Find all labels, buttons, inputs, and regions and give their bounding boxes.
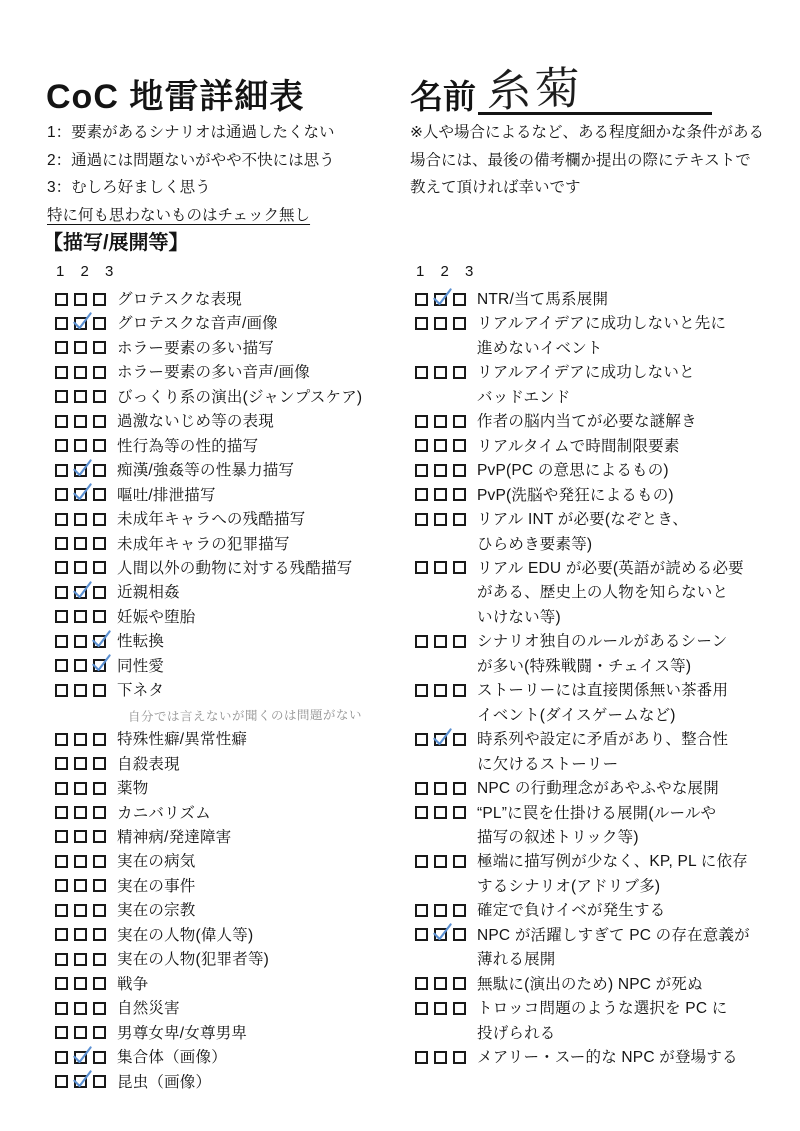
checkbox-2[interactable] (434, 513, 447, 526)
item-label: 人間以外の動物に対する残酷描写 (117, 557, 353, 581)
checkbox-3[interactable] (453, 782, 466, 795)
checkbox-2[interactable] (74, 439, 87, 452)
check-icon (72, 1069, 93, 1089)
checkbox-3[interactable] (93, 464, 106, 477)
item-label: リアル INT が必要(なぞとき、ひらめき要素等) (477, 508, 688, 557)
checklist-row: 特殊性癖/異常性癖 (55, 728, 405, 752)
checkbox-1[interactable] (55, 977, 68, 990)
checkbox-3[interactable] (453, 415, 466, 428)
checklist-row: 時系列や設定に矛盾があり、整合性に欠けるストーリー (415, 728, 790, 777)
checkbox-1[interactable] (55, 830, 68, 843)
checklist-row: 性転換 (55, 630, 405, 654)
checkbox-group (55, 1022, 106, 1040)
item-label: グロテスクな表現 (117, 288, 242, 312)
handwritten-note: 自分では言えないが聞くのは問題がない (128, 703, 362, 729)
checkbox-2[interactable] (74, 415, 87, 428)
item-label: 痴漢/強姦等の性暴力描写 (117, 459, 294, 483)
checklist-row: トロッコ問題のような選択を PC に投げられる (415, 997, 790, 1046)
checkbox-1[interactable] (55, 464, 68, 477)
checkbox-2[interactable] (74, 586, 87, 599)
checklist-row: 実在の人物(犯罪者等) (55, 948, 405, 972)
checkbox-2[interactable] (74, 341, 87, 354)
checkbox-group (55, 459, 106, 477)
checklist-row: リアル EDU が必要(英語が読める必要がある、歴史上の人物を知らないといけない… (415, 557, 790, 630)
checklist-row: 自殺表現 (55, 753, 405, 777)
checkbox-group (55, 850, 106, 868)
checkbox-3[interactable] (453, 733, 466, 746)
checkbox-3[interactable] (453, 488, 466, 501)
checkbox-2[interactable] (434, 317, 447, 330)
item-label: 未成年キャラの犯罪描写 (117, 533, 290, 557)
item-label: 実在の人物(偉人等) (117, 924, 253, 948)
item-label: 薬物 (117, 777, 148, 801)
checkbox-2[interactable] (74, 684, 87, 697)
checkbox-1[interactable] (55, 317, 68, 330)
check-icon (72, 458, 93, 478)
checkbox-1[interactable] (415, 855, 428, 868)
item-label: “PL”に罠を仕掛ける展開(ルールや描写の叙述トリック等) (477, 802, 716, 851)
checklist-row: 集合体（画像） (55, 1046, 405, 1070)
item-label: 嘔吐/排泄描写 (117, 484, 216, 508)
item-label: シナリオ独自のルールがあるシーンが多い(特殊戦闘・チェイス等) (477, 630, 727, 679)
checkbox-2[interactable] (74, 879, 87, 892)
checkbox-1[interactable] (415, 366, 428, 379)
checkbox-3[interactable] (93, 806, 106, 819)
checkbox-3[interactable] (93, 488, 106, 501)
checkbox-2[interactable] (74, 293, 87, 306)
checkbox-1[interactable] (415, 415, 428, 428)
checkbox-1[interactable] (55, 366, 68, 379)
checkbox-2[interactable] (74, 635, 87, 648)
checkbox-3[interactable] (93, 415, 106, 428)
checkbox-1[interactable] (415, 684, 428, 697)
checkbox-1[interactable] (55, 1075, 68, 1088)
checklist-row: NPC の行動理念があやふやな展開 (415, 777, 790, 801)
checkbox-2[interactable] (74, 610, 87, 623)
checkbox-2[interactable] (74, 904, 87, 917)
checkbox-1[interactable] (55, 659, 68, 672)
item-label: 時系列や設定に矛盾があり、整合性に欠けるストーリー (477, 728, 728, 777)
checkbox-2[interactable] (434, 635, 447, 648)
checklist-row: 人間以外の動物に対する残酷描写 (55, 557, 405, 581)
checklist-row: 実在の宗教 (55, 899, 405, 923)
legend-line-2: 2：通過には問題ないがやや不快には思う (47, 147, 335, 175)
checkbox-1[interactable] (415, 977, 428, 990)
checklist-row: グロテスクな表現 (55, 288, 405, 312)
checklist-row: 男尊女卑/女尊男卑 (55, 1022, 405, 1046)
item-label: PvP(PC の意思によるもの) (477, 459, 669, 483)
scale-header-left: 1 2 3 (56, 263, 405, 286)
checkbox-group (415, 679, 466, 697)
checkbox-group (415, 899, 466, 917)
checkbox-group (415, 777, 466, 795)
checkbox-2[interactable] (434, 1051, 447, 1064)
checklist-row: 実在の病気 (55, 850, 405, 874)
checkbox-1[interactable] (55, 757, 68, 770)
checkbox-1[interactable] (55, 928, 68, 941)
checkbox-3[interactable] (93, 977, 106, 990)
checkbox-3[interactable] (453, 977, 466, 990)
checkbox-3[interactable] (93, 341, 106, 354)
checklist-row: 嘔吐/排泄描写 (55, 484, 405, 508)
checkbox-1[interactable] (415, 733, 428, 746)
checkbox-3[interactable] (453, 806, 466, 819)
checkbox-2[interactable] (74, 928, 87, 941)
rating-legend: 1：要素があるシナリオは通過したくない 2：通過には問題ないがやや不快には思う … (47, 119, 335, 229)
checkbox-1[interactable] (415, 293, 428, 306)
checkbox-2[interactable] (74, 1075, 87, 1088)
item-label: 性転換 (117, 630, 164, 654)
checkbox-2[interactable] (434, 366, 447, 379)
checkbox-2[interactable] (74, 977, 87, 990)
checklist-row: 性行為等の性的描写 (55, 435, 405, 459)
checkbox-1[interactable] (55, 1002, 68, 1015)
checklist-rows-right: NTR/当て馬系展開リアルアイデアに成功しないと先に進めないイベントリアルアイデ… (415, 288, 790, 1071)
checkbox-group (55, 581, 106, 599)
checkbox-group (415, 410, 466, 428)
checkbox-group (415, 850, 466, 868)
checkbox-3[interactable] (93, 537, 106, 550)
checkbox-group (415, 630, 466, 648)
item-label: 近親相姦 (117, 581, 180, 605)
checkbox-group (415, 728, 466, 746)
checkbox-1[interactable] (415, 635, 428, 648)
checkbox-1[interactable] (55, 1026, 68, 1039)
section-title: 【描写/展開等】 (43, 226, 189, 255)
item-label: 実在の宗教 (117, 899, 196, 923)
checkbox-2[interactable] (434, 782, 447, 795)
item-label: 特殊性癖/異常性癖 (117, 728, 247, 752)
checkbox-2[interactable] (74, 1026, 87, 1039)
check-icon (72, 1045, 93, 1065)
checkbox-1[interactable] (55, 293, 68, 306)
checkbox-group (55, 435, 106, 453)
legend-footer: 特に何も思わないものはチェック無し (47, 202, 335, 230)
checkbox-3[interactable] (453, 1002, 466, 1015)
checkbox-1[interactable] (55, 561, 68, 574)
checkbox-2[interactable] (74, 782, 87, 795)
checklist-row: 精神病/発達障害 (55, 826, 405, 850)
checkbox-3[interactable] (93, 904, 106, 917)
checkbox-3[interactable] (453, 684, 466, 697)
check-icon (432, 287, 453, 307)
item-label: グロテスクな音声/画像 (117, 312, 278, 336)
checkbox-2[interactable] (434, 439, 447, 452)
checkbox-group (415, 312, 466, 330)
item-label: 集合体（画像） (117, 1046, 227, 1070)
checkbox-2[interactable] (434, 806, 447, 819)
item-label: 精神病/発達障害 (117, 826, 231, 850)
checklist-row: PvP(洗脳や発狂によるもの) (415, 484, 790, 508)
item-label: リアルタイムで時間制限要素 (477, 435, 680, 459)
checkbox-2[interactable] (74, 488, 87, 501)
checkbox-group (55, 973, 106, 991)
checklist-row: びっくり系の演出(ジャンプスケア) (55, 386, 405, 410)
checkbox-1[interactable] (415, 928, 428, 941)
checklist-row: ホラー要素の多い描写 (55, 337, 405, 361)
checkbox-1[interactable] (55, 537, 68, 550)
item-label: ストーリーには直接関係無い茶番用イベント(ダイスゲームなど) (477, 679, 728, 728)
checkbox-2[interactable] (74, 855, 87, 868)
checkbox-1[interactable] (55, 855, 68, 868)
checkbox-3[interactable] (93, 293, 106, 306)
checklist-row: リアルタイムで時間制限要素 (415, 435, 790, 459)
checkbox-1[interactable] (55, 733, 68, 746)
checkbox-1[interactable] (55, 953, 68, 966)
checkbox-group (415, 484, 466, 502)
checkbox-3[interactable] (93, 855, 106, 868)
item-label: 実在の人物(犯罪者等) (117, 948, 269, 972)
checkbox-3[interactable] (453, 293, 466, 306)
checklist-row: リアルアイデアに成功しないとバッドエンド (415, 361, 790, 410)
checkbox-2[interactable] (74, 513, 87, 526)
scale-header-right: 1 2 3 (416, 263, 790, 286)
checkbox-3[interactable] (453, 561, 466, 574)
checkbox-3[interactable] (93, 610, 106, 623)
checkbox-1[interactable] (55, 879, 68, 892)
checkbox-3[interactable] (453, 439, 466, 452)
checkbox-1[interactable] (55, 488, 68, 501)
item-label: トロッコ問題のような選択を PC に投げられる (477, 997, 727, 1046)
item-label: 実在の病気 (117, 850, 196, 874)
checklist-column-right: 1 2 3 NTR/当て馬系展開リアルアイデアに成功しないと先に進めないイベント… (415, 263, 790, 1071)
checkbox-1[interactable] (55, 635, 68, 648)
checkbox-3[interactable] (93, 366, 106, 379)
checkbox-3[interactable] (93, 684, 106, 697)
checkbox-1[interactable] (55, 904, 68, 917)
item-label: 性行為等の性的描写 (117, 435, 258, 459)
checkbox-2[interactable] (74, 561, 87, 574)
checklist-row: 近親相姦 (55, 581, 405, 605)
item-label: 昆虫（画像） (117, 1071, 211, 1095)
checkbox-3[interactable] (93, 1075, 106, 1088)
checklist-row: 妊娠や堕胎 (55, 606, 405, 630)
checkbox-2[interactable] (74, 464, 87, 477)
checkbox-1[interactable] (415, 488, 428, 501)
checkbox-3[interactable] (93, 659, 106, 672)
checkbox-3[interactable] (93, 782, 106, 795)
checkbox-1[interactable] (55, 439, 68, 452)
checkbox-2[interactable] (434, 464, 447, 477)
checkbox-2[interactable] (74, 317, 87, 330)
checkbox-2[interactable] (74, 659, 87, 672)
item-label: 確定で負けイベが発生する (477, 899, 665, 923)
checklist-row: 実在の事件 (55, 875, 405, 899)
checkbox-3[interactable] (93, 439, 106, 452)
checkbox-1[interactable] (415, 904, 428, 917)
item-label: 過激ないじめ等の表現 (117, 410, 274, 434)
check-icon (91, 629, 112, 649)
checkbox-1[interactable] (55, 1051, 68, 1064)
item-label: カニバリズム (117, 802, 211, 826)
checklist-row: ストーリーには直接関係無い茶番用イベント(ダイスゲームなど) (415, 679, 790, 728)
checkbox-group (55, 997, 106, 1015)
checkbox-3[interactable] (93, 1026, 106, 1039)
item-label: ホラー要素の多い音声/画像 (117, 361, 310, 385)
checkbox-3[interactable] (93, 390, 106, 403)
checkbox-3[interactable] (93, 317, 106, 330)
checkbox-3[interactable] (93, 928, 106, 941)
checkbox-2[interactable] (434, 977, 447, 990)
checkbox-1[interactable] (55, 782, 68, 795)
checklist-row: 薬物 (55, 777, 405, 801)
checkbox-3[interactable] (93, 830, 106, 843)
checkbox-2[interactable] (434, 904, 447, 917)
check-icon (432, 922, 453, 942)
item-label: リアルアイデアに成功しないとバッドエンド (477, 361, 695, 410)
checkbox-1[interactable] (415, 1002, 428, 1015)
checkbox-group (55, 899, 106, 917)
checkbox-2[interactable] (74, 830, 87, 843)
checklist-row: シナリオ独自のルールがあるシーンが多い(特殊戦闘・チェイス等) (415, 630, 790, 679)
checkbox-2[interactable] (434, 733, 447, 746)
checkbox-group (415, 459, 466, 477)
item-label: 自然災害 (117, 997, 180, 1021)
checklist-row: リアル INT が必要(なぞとき、ひらめき要素等) (415, 508, 790, 557)
checkbox-1[interactable] (415, 782, 428, 795)
item-label: 無駄に(演出のため) NPC が死ぬ (477, 973, 703, 997)
checkbox-1[interactable] (415, 317, 428, 330)
checkbox-group (55, 630, 106, 648)
checkbox-1[interactable] (415, 464, 428, 477)
item-label: NPC の行動理念があやふやな展開 (477, 777, 719, 801)
checkbox-2[interactable] (434, 1002, 447, 1015)
checkbox-2[interactable] (74, 1051, 87, 1064)
checkbox-group (55, 679, 106, 697)
checklist-row: 未成年キャラの犯罪描写 (55, 533, 405, 557)
checkbox-3[interactable] (93, 1002, 106, 1015)
checkbox-2[interactable] (434, 684, 447, 697)
checkbox-3[interactable] (453, 513, 466, 526)
checkbox-1[interactable] (55, 341, 68, 354)
checklist-row: 痴漢/強姦等の性暴力描写 (55, 459, 405, 483)
conditions-note: ※人や場合によるなど、ある程度細かな条件がある場合には、最後の備考欄か提出の際に… (410, 119, 766, 202)
checklist-row: 無駄に(演出のため) NPC が死ぬ (415, 973, 790, 997)
checkbox-1[interactable] (55, 390, 68, 403)
checklist-row: リアルアイデアに成功しないと先に進めないイベント (415, 312, 790, 361)
checkbox-2[interactable] (74, 733, 87, 746)
item-label: 戦争 (117, 973, 148, 997)
checklist-row: 未成年キャラへの残酷描写 (55, 508, 405, 532)
checklist-row: 戦争 (55, 973, 405, 997)
checkbox-2[interactable] (74, 537, 87, 550)
checkbox-1[interactable] (55, 610, 68, 623)
checkbox-group (415, 924, 466, 942)
checkbox-2[interactable] (434, 928, 447, 941)
checkbox-1[interactable] (415, 1051, 428, 1064)
checkbox-1[interactable] (55, 684, 68, 697)
checklist-row: 昆虫（画像） (55, 1071, 405, 1095)
checkbox-3[interactable] (93, 586, 106, 599)
item-label: 作者の脳内当てが必要な謎解き (477, 410, 697, 434)
checkbox-group (415, 802, 466, 820)
checkbox-group (55, 777, 106, 795)
item-label: リアルアイデアに成功しないと先に進めないイベント (477, 312, 726, 361)
checklist-row: メアリー・スー的な NPC が登場する (415, 1046, 790, 1070)
checklist-row: ホラー要素の多い音声/画像 (55, 361, 405, 385)
checkbox-2[interactable] (434, 488, 447, 501)
checkbox-2[interactable] (434, 561, 447, 574)
checkbox-1[interactable] (55, 513, 68, 526)
name-field[interactable]: 糸菊 (478, 62, 712, 115)
item-label: 男尊女卑/女尊男卑 (117, 1022, 247, 1046)
checklist-row: NTR/当て馬系展開 (415, 288, 790, 312)
checkbox-2[interactable] (74, 390, 87, 403)
checkbox-3[interactable] (93, 635, 106, 648)
checkbox-group (55, 802, 106, 820)
checkbox-3[interactable] (453, 1051, 466, 1064)
checkbox-3[interactable] (453, 317, 466, 330)
checkbox-1[interactable] (55, 806, 68, 819)
checkbox-1[interactable] (55, 415, 68, 428)
checkbox-group (415, 997, 466, 1015)
checkbox-group (55, 288, 106, 306)
name-label: 名前 (410, 79, 476, 115)
item-label: リアル EDU が必要(英語が読める必要がある、歴史上の人物を知らないといけない… (477, 557, 744, 630)
checkbox-group (55, 924, 106, 942)
item-label: PvP(洗脳や発狂によるもの) (477, 484, 674, 508)
checkbox-group (55, 948, 106, 966)
checkbox-1[interactable] (415, 806, 428, 819)
checkbox-3[interactable] (93, 733, 106, 746)
checkbox-group (415, 1046, 466, 1064)
checkbox-2[interactable] (74, 757, 87, 770)
checkbox-1[interactable] (415, 561, 428, 574)
checkbox-3[interactable] (93, 561, 106, 574)
checkbox-3[interactable] (453, 928, 466, 941)
checkbox-group (55, 1046, 106, 1064)
checklist-row: 自然災害 (55, 997, 405, 1021)
checkbox-group (415, 557, 466, 575)
checklist-row: 極端に描写例が少なく、KP, PL に依存するシナリオ(アドリブ多) (415, 850, 790, 899)
checkbox-3[interactable] (93, 1051, 106, 1064)
checkbox-3[interactable] (93, 757, 106, 770)
item-label: メアリー・スー的な NPC が登場する (477, 1046, 738, 1070)
checklist-row: PvP(PC の意思によるもの) (415, 459, 790, 483)
checkbox-group (55, 557, 106, 575)
checkbox-group (55, 728, 106, 746)
checklist-rows-left: グロテスクな表現グロテスクな音声/画像ホラー要素の多い描写ホラー要素の多い音声/… (55, 288, 405, 1095)
checkbox-2[interactable] (74, 1002, 87, 1015)
checkbox-2[interactable] (74, 953, 87, 966)
checkbox-2[interactable] (434, 415, 447, 428)
checkbox-group (55, 410, 106, 428)
checkbox-3[interactable] (453, 464, 466, 477)
checkbox-3[interactable] (453, 855, 466, 868)
check-icon (72, 311, 93, 331)
checkbox-2[interactable] (74, 366, 87, 379)
checkbox-3[interactable] (453, 904, 466, 917)
item-label: 未成年キャラへの残酷描写 (117, 508, 305, 532)
checklist-row: NPC が活躍しすぎて PC の存在意義が薄れる展開 (415, 924, 790, 973)
checkbox-3[interactable] (93, 953, 106, 966)
checkbox-2[interactable] (434, 293, 447, 306)
checkbox-1[interactable] (415, 439, 428, 452)
checkbox-group (415, 973, 466, 991)
checkbox-2[interactable] (74, 806, 87, 819)
checkbox-group (415, 508, 466, 526)
checkbox-3[interactable] (93, 513, 106, 526)
checkbox-2[interactable] (434, 855, 447, 868)
checkbox-group (55, 361, 106, 379)
checkbox-1[interactable] (415, 513, 428, 526)
checkbox-3[interactable] (453, 366, 466, 379)
checkbox-1[interactable] (55, 586, 68, 599)
checkbox-group (55, 1071, 106, 1089)
checkbox-3[interactable] (453, 635, 466, 648)
checklist-row: カニバリズム (55, 802, 405, 826)
checkbox-3[interactable] (93, 879, 106, 892)
